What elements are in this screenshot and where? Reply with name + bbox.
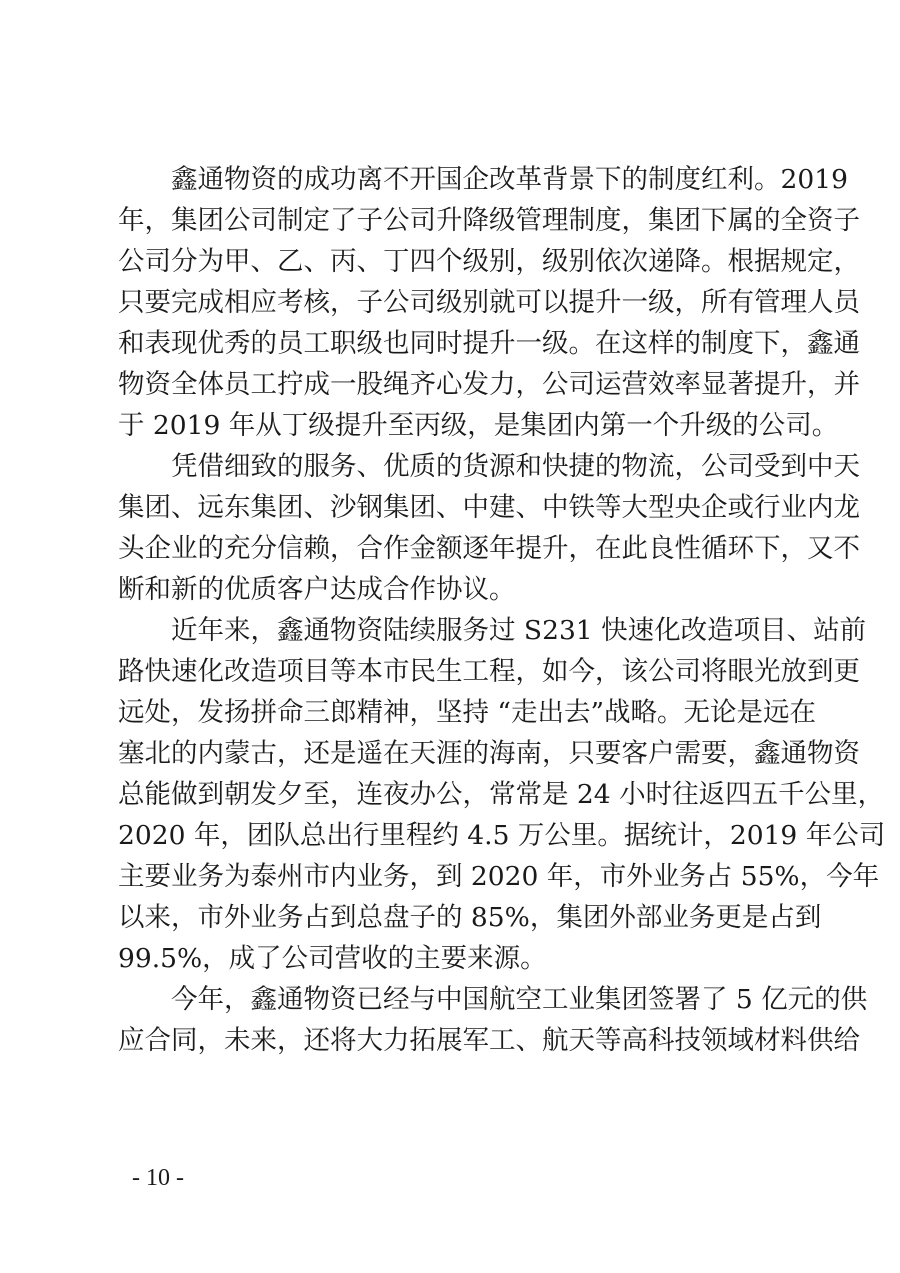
text-line: 近年来，鑫通物资陆续服务过 S231 快速化改造项目、站前 [171, 614, 786, 648]
text-line: 路快速化改造项目等本市民生工程，如今，该公司将眼光放到更 [118, 655, 786, 689]
text-line: 和表现优秀的员工职级也同时提升一级。在这样的制度下，鑫通 [118, 327, 786, 361]
text-line: 塞北的内蒙古，还是遥在天涯的海南，只要客户需要，鑫通物资 [118, 737, 786, 771]
text-line: 鑫通物资的成功离不开国企改革背景下的制度红利。2019 [171, 163, 786, 197]
text-line: 远处，发扬拼命三郎精神，坚持 “走出去”战略。无论是远在 [118, 696, 786, 730]
text-line: 头企业的充分信赖，合作金额逐年提升，在此良性循环下，又不 [118, 532, 786, 566]
text-line: 于 2019 年从丁级提升至丙级，是集团内第一个升级的公司。 [118, 409, 786, 443]
text-line: 只要完成相应考核，子公司级别就可以提升一级，所有管理人员 [118, 286, 786, 320]
text-line: 总能做到朝发夕至，连夜办公，常常是 24 小时往返四五千公里， [118, 778, 786, 812]
text-line: 以来，市外业务占到总盘子的 85%，集团外部业务更是占到 [118, 901, 786, 935]
text-line: 年，集团公司制定了子公司升降级管理制度，集团下属的全资子 [118, 204, 786, 238]
text-line: 断和新的优质客户达成合作协议。 [118, 573, 786, 607]
text-line: 凭借细致的服务、优质的货源和快捷的物流，公司受到中天 [171, 450, 786, 484]
text-line: 应合同，未来，还将大力拓展军工、航天等高科技领域材料供给 [118, 1024, 786, 1058]
text-line: 公司分为甲、乙、丙、丁四个级别，级别依次递降。根据规定， [118, 245, 786, 279]
text-line: 物资全体员工拧成一股绳齐心发力，公司运营效率显著提升，并 [118, 368, 786, 402]
text-line: 主要业务为泰州市内业务，到 2020 年，市外业务占 55%，今年 [118, 860, 786, 894]
text-line: 99.5%，成了公司营收的主要来源。 [118, 942, 786, 976]
document-page: 鑫通物资的成功离不开国企改革背景下的制度红利。2019 年，集团公司制定了子公司… [0, 0, 900, 1273]
text-line: 2020 年，团队总出行里程约 4.5 万公里。据统计，2019 年公司 [118, 819, 786, 853]
text-line: 今年，鑫通物资已经与中国航空工业集团签署了 5 亿元的供 [171, 983, 786, 1017]
text-line: 集团、远东集团、沙钢集团、中建、中铁等大型央企或行业内龙 [118, 491, 786, 525]
page-number: - 10 - [132, 1161, 184, 1195]
